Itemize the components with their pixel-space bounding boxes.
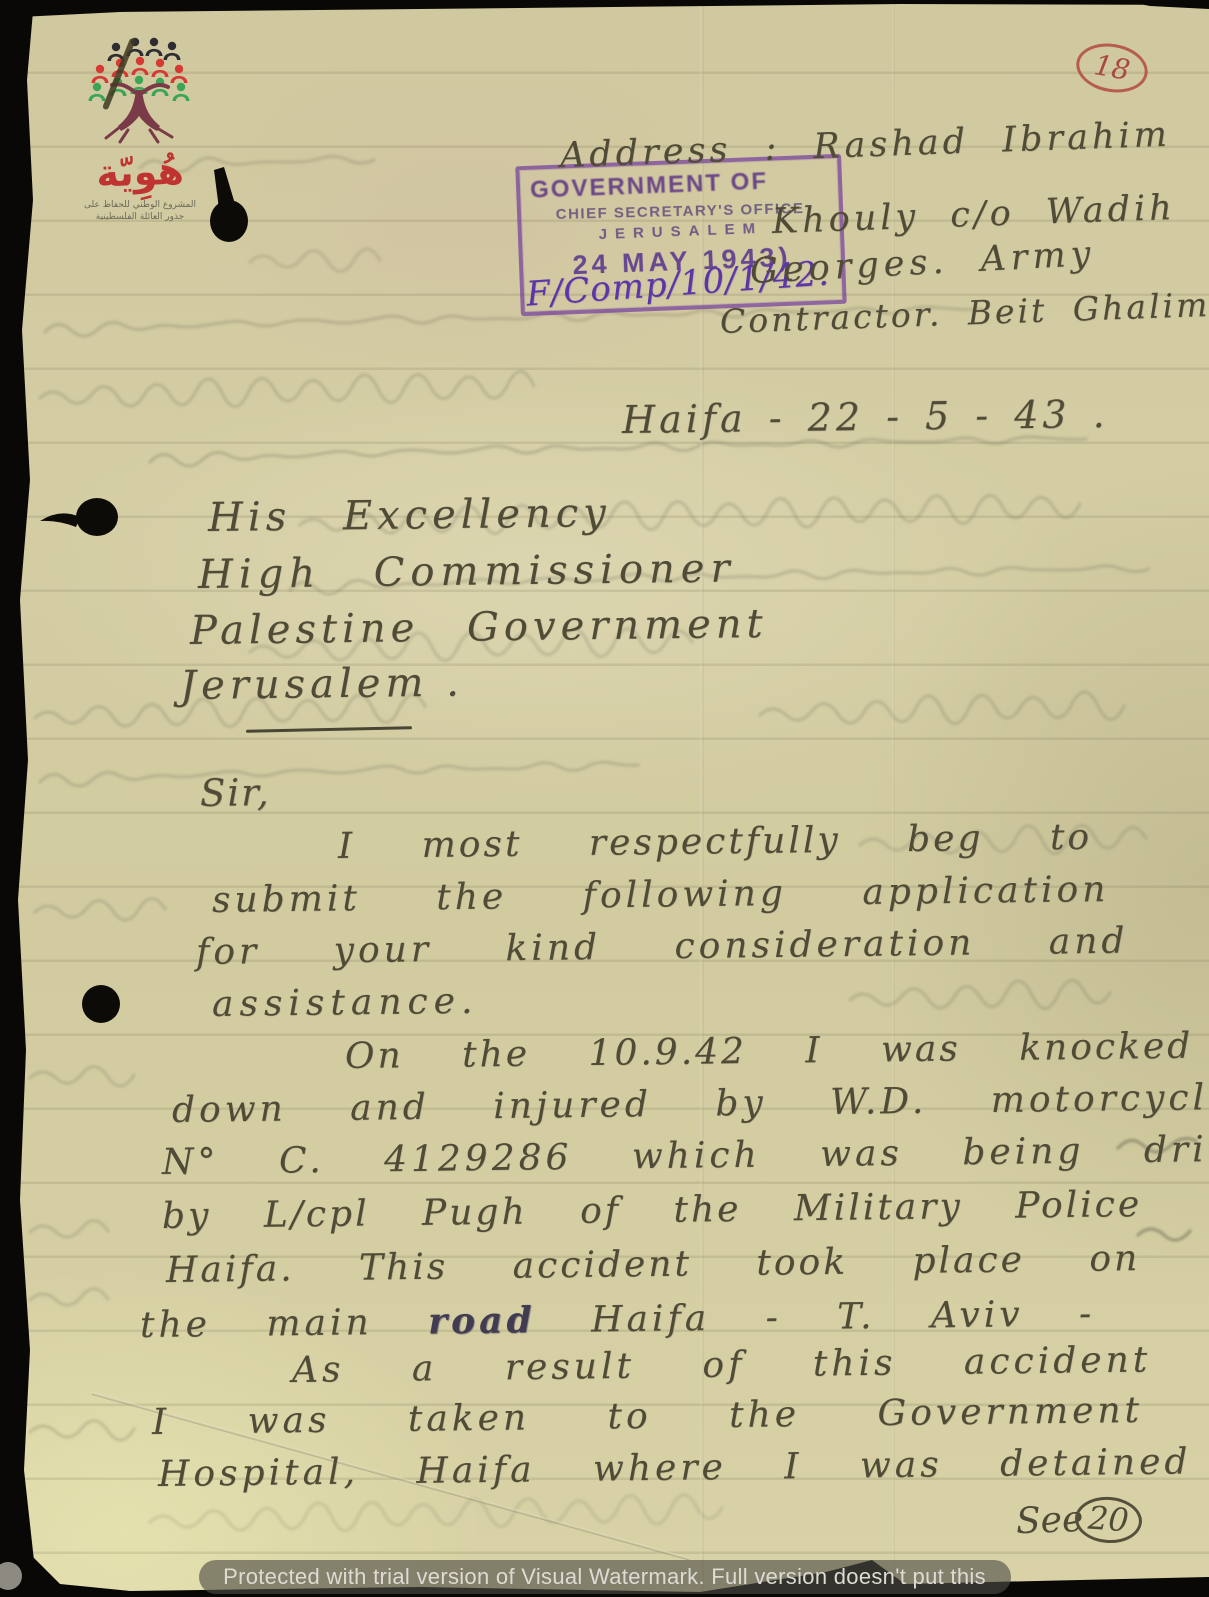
para2-line-3: N° C. 4129286 which was being driven [162, 1128, 1209, 1183]
ink-splotch-stem [214, 167, 235, 209]
recipient-line-1: His Excellency [208, 490, 611, 541]
para1-line-3: for your kind consideration and [196, 921, 1129, 973]
recipient-line-2: High Commissioner [198, 545, 736, 598]
scan-edge-top [0, 0, 1209, 18]
para2-line-6-pre: the main [140, 1301, 429, 1346]
recipient-line-4: Jerusalem . [180, 660, 464, 709]
see-label: See [1015, 1499, 1084, 1542]
see-page-circle: 20 [1074, 1495, 1144, 1546]
page-number-circle: 18 [1072, 38, 1151, 98]
para1-line-1: I most respectfully beg to [338, 817, 1093, 867]
para2-line-5: Haifa. This accident took place on [166, 1238, 1141, 1291]
para2-line-6-corrected-word: road [428, 1299, 536, 1342]
logo-arabic-subtitle: المشروع الوطني للحفاظ على جذور العائلة ا… [82, 199, 198, 223]
scan-edge-top-right-corner [1120, 0, 1209, 9]
para3-line-3: Hospital, Haifa where I was detained [158, 1441, 1192, 1495]
salutation: Sir, [200, 771, 271, 815]
para3-line-1: As a result of this accident [292, 1340, 1152, 1391]
see-next-page-note: See20 [1015, 1496, 1143, 1546]
trial-watermark-bar: Protected with trial version of Visual W… [199, 1560, 1011, 1594]
huwiyya-archive-logo: هُوِيّة المشروع الوطني للحفاظ على جذور ا… [82, 32, 198, 223]
para2-line-6: the main road Haifa - T. Aviv - [140, 1292, 1096, 1346]
para2-line-1: On the 10.9.42 I was knocked [345, 1026, 1194, 1077]
para2-line-6-post: Haifa - T. Aviv - [535, 1293, 1095, 1341]
punch-hole-blob [76, 498, 118, 536]
para2-line-4: by L/cpl Pugh of the Military Police [162, 1184, 1143, 1237]
scanned-letter-page: هُوِيّة المشروع الوطني للحفاظ على جذور ا… [0, 0, 1209, 1597]
punch-hole [82, 985, 120, 1023]
para3-line-2: I was taken to the Government [152, 1390, 1144, 1443]
para2-line-2: down and injured by W.D. motorcycle [172, 1077, 1209, 1131]
para1-line-4: assistance. [212, 981, 479, 1025]
address-line-1: Address : Rashad Ibrahim [559, 115, 1171, 176]
ink-splotch [210, 200, 248, 242]
recipient-underline [246, 726, 412, 732]
logo-arabic-title: هُوِيّة [81, 151, 198, 193]
watermark-logo-dot [0, 1562, 22, 1590]
recipient-line-3: Palestine Government [190, 601, 768, 654]
scan-edge-top-left-corner [0, 0, 80, 24]
dateline: Haifa - 22 - 5 - 43 . [622, 392, 1109, 442]
para1-line-2: submit the following application [212, 869, 1110, 921]
page-number-badge: 18 [1072, 38, 1151, 98]
punch-hole-tail [40, 513, 80, 527]
family-tree-logo-icon [84, 32, 196, 146]
scan-edge-left [0, 0, 38, 1597]
